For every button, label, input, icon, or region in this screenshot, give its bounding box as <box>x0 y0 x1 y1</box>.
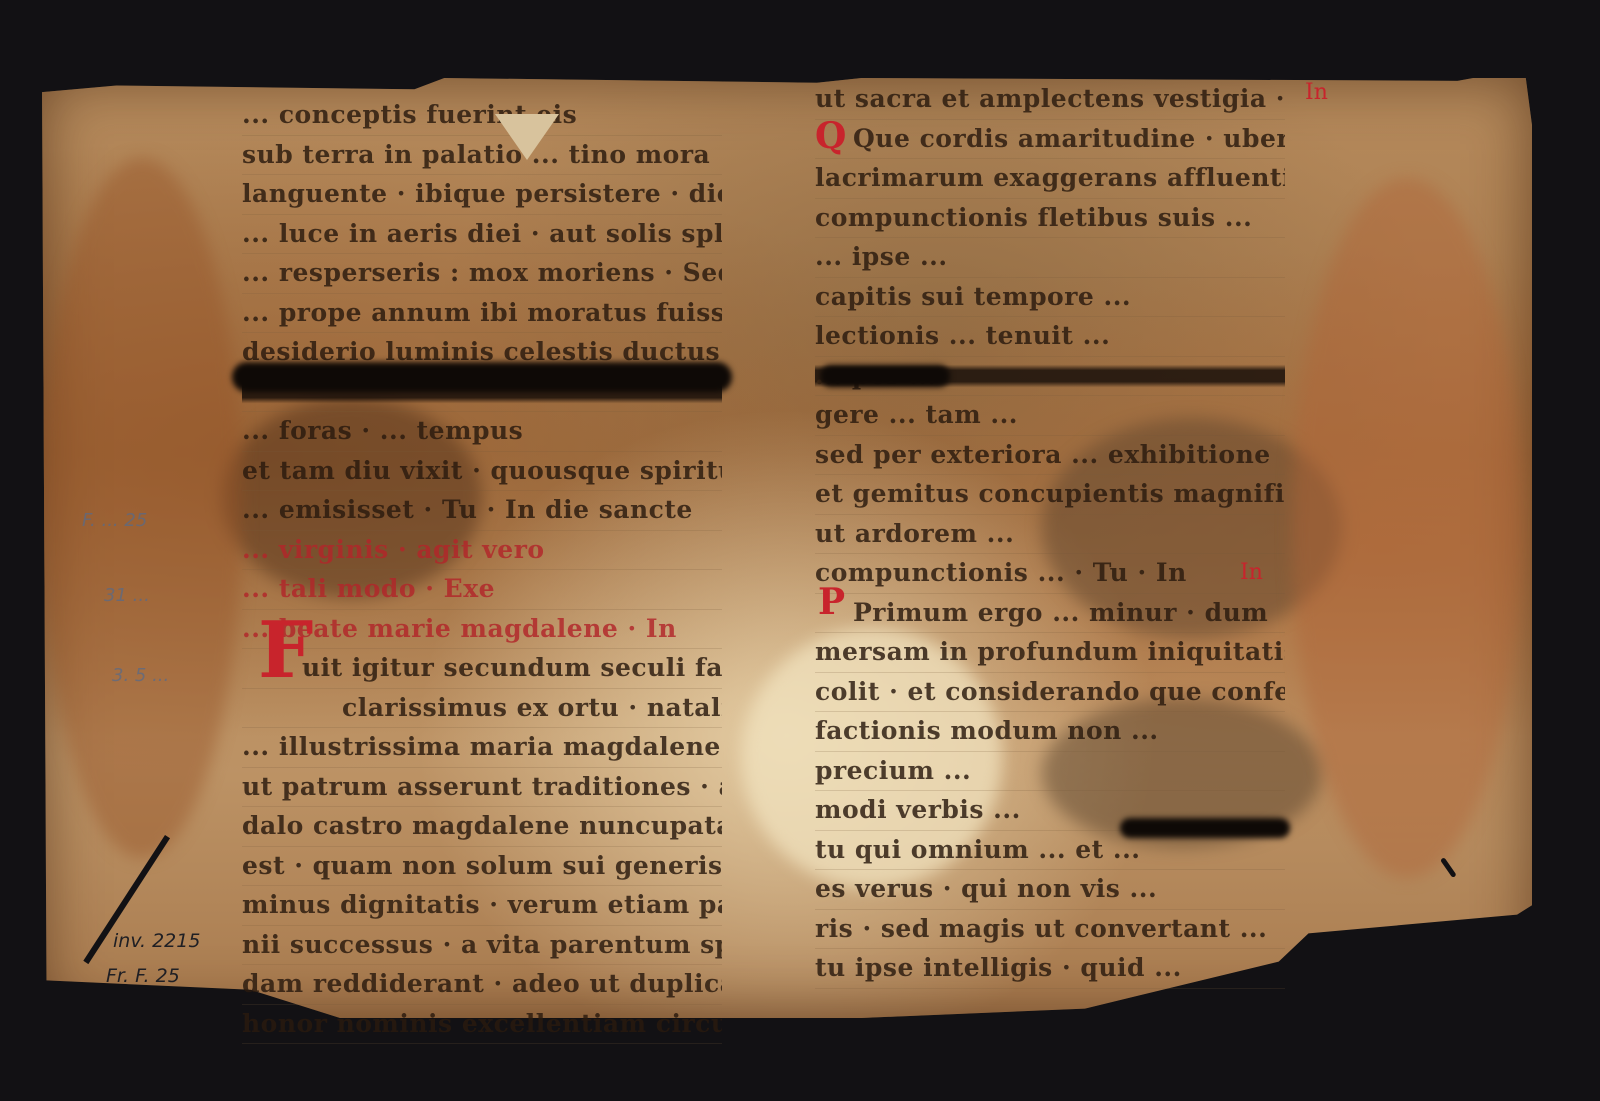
text-line: lectionis ... tenuit ... <box>815 317 1285 357</box>
text-line: et tam diu vixit · quousque spiritu <box>242 452 722 492</box>
text-line: gere ... tam ... <box>815 396 1285 436</box>
text-line: ut sacra et amplectens vestigia · In <box>815 80 1285 120</box>
text-line: capitis sui tempore ... <box>815 278 1285 318</box>
text-line: nii successus · a vita parentum splendi <box>242 926 722 966</box>
text-line: lacrimarum exaggerans affluentia <box>815 159 1285 199</box>
text-line: ... resperseris : mox moriens · Sed <box>242 254 722 294</box>
rubric-in: In <box>1305 80 1328 105</box>
rubric-in: In <box>1240 560 1263 585</box>
text-line: tu ipse intelligis · quid ... <box>815 949 1285 989</box>
left-margin-stain <box>42 158 242 858</box>
red-initial-q: Q <box>815 116 846 156</box>
rubric-line: ... beate marie magdalene · In <box>242 610 722 650</box>
text-line: honor nominis excellentiam circum <box>242 1005 722 1045</box>
text-line: ... foras · ... tempus <box>242 412 722 452</box>
text-line: ... emisisset · Tu · In die sancte <box>242 491 722 531</box>
ink-blot <box>1120 818 1290 838</box>
text-line: Que cordis amaritudine · ubertatem <box>815 120 1285 160</box>
left-text-column: ... conceptis fuerint eis sub terra in p… <box>242 96 722 1044</box>
text-line: languente · ibique persistere · dictetur <box>242 175 722 215</box>
text-line: mersam in profundum iniquitatis re <box>815 633 1285 673</box>
text-line: compunctionis fletibus suis ... <box>815 199 1285 239</box>
text-line: et gemitus concupientis magnificat <box>815 475 1285 515</box>
text-line: precium ... <box>815 752 1285 792</box>
ink-blot <box>820 365 950 387</box>
shelfmark-inventory: inv. 2215 <box>113 930 200 952</box>
text-line: ... illustrissima maria magdalene · que <box>242 728 722 768</box>
margin-pencil-note: 31 ... <box>104 585 150 606</box>
shelfmark-fragment: Fr. F. 25 <box>106 965 180 987</box>
red-initial-p: P <box>818 582 845 622</box>
text-line: ut ardorem ... <box>815 515 1285 555</box>
text-line: dam reddiderant · adeo ut duplicatus <box>242 965 722 1005</box>
text-line: colit · et considerando que confer · sat… <box>815 673 1285 713</box>
text-line: ... prope annum ibi moratus fuisset · <box>242 294 722 334</box>
margin-pencil-note: 3. 5 ... <box>112 665 169 686</box>
right-text-column: ut sacra et amplectens vestigia · In Que… <box>815 80 1285 989</box>
text-line: minus dignitatis · verum etiam patrimo <box>242 886 722 926</box>
text-line: sub terra in palatio ... tino mora <box>242 136 722 176</box>
right-margin-stain <box>1292 178 1522 878</box>
rubric-line: ... tali modo · Exe <box>242 570 722 610</box>
text-line: ut patrum asserunt traditiones · a mag <box>242 768 722 808</box>
text-line: ris · sed magis ut convertant ... <box>815 910 1285 950</box>
text-line: dalo castro magdalene nuncupata <box>242 807 722 847</box>
red-initial-f: F <box>258 612 313 690</box>
margin-pencil-note: F. ... 25 <box>82 510 147 531</box>
text-line: uit igitur secundum seculi fastum <box>242 649 722 689</box>
torn-notch <box>495 114 559 160</box>
text-line: factionis modum non ... <box>815 712 1285 752</box>
text-line: clarissimus ex ortu · natalibus <box>242 689 722 729</box>
text-line: es verus · qui non vis ... <box>815 870 1285 910</box>
text-line: ... ipse ... <box>815 238 1285 278</box>
text-line: ... luce in aeris diei · aut solis splen <box>242 215 722 255</box>
text-line: Primum ergo ... minur · dum <box>815 594 1285 634</box>
text-line: est · quam non solum sui generis et gen <box>242 847 722 887</box>
rubric-line: ... virginis · agit vero <box>242 531 722 571</box>
text-line: ... conceptis fuerint eis <box>242 96 722 136</box>
ink-blot <box>232 362 732 392</box>
text-line: sed per exteriora ... exhibitione <box>815 436 1285 476</box>
text-line: compunctionis ... · Tu · In <box>815 554 1285 594</box>
